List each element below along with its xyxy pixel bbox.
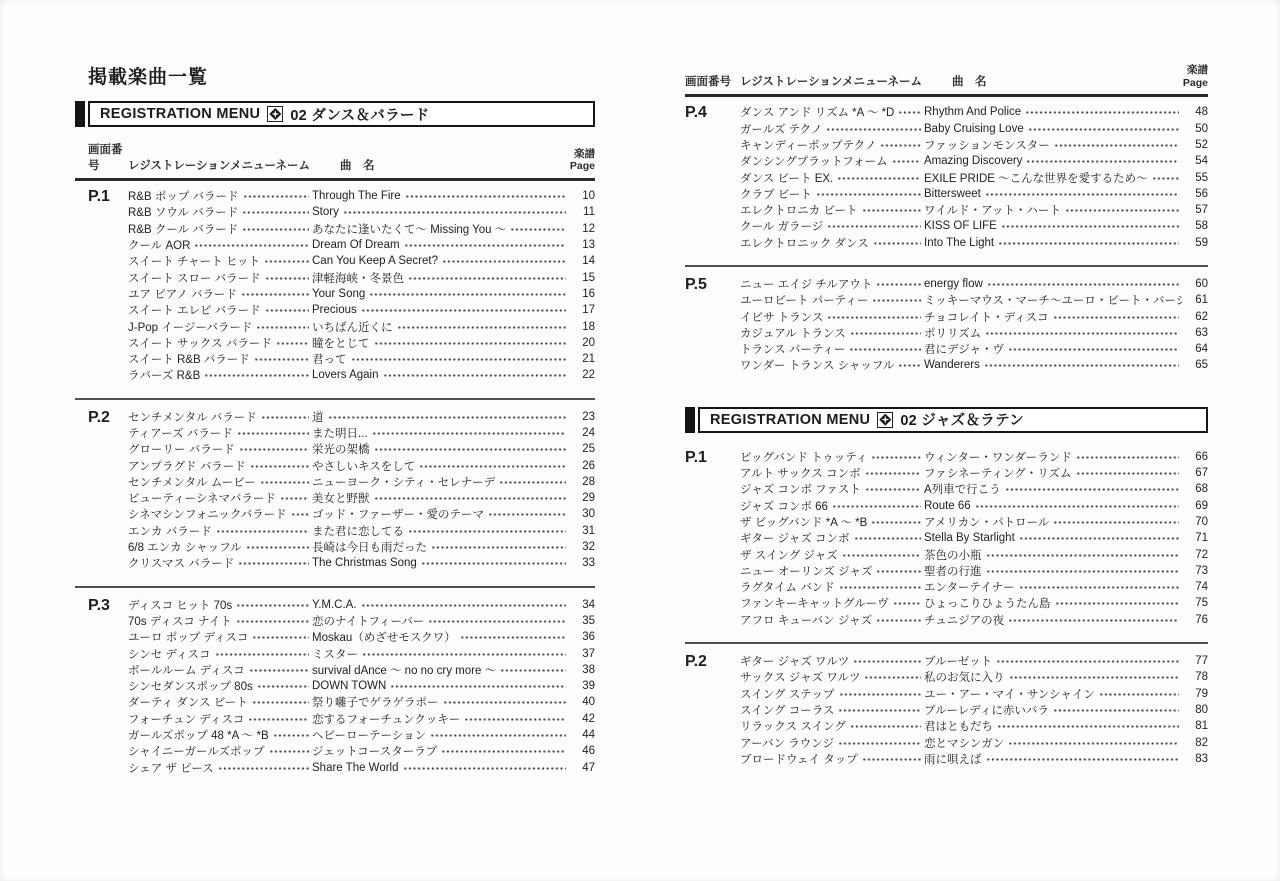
registration-menu-banner-jazz: REGISTRATION MENU 02 ジャズ＆ラテン xyxy=(685,407,1208,433)
song-title: 恋のナイトフィーバー xyxy=(312,613,424,629)
song-title-cell: 君って xyxy=(312,351,569,367)
page-number: 22 xyxy=(569,369,595,381)
registration-name: スイング ステップ xyxy=(740,686,835,702)
dotted-leader xyxy=(839,693,921,696)
song-title: survival dAnce ～ no no cry more ～ xyxy=(312,662,496,678)
song-title: ユー・アー・マイ・サンシャイン xyxy=(924,686,1095,702)
registration-name-cell: ニュー エイジ チルアウト xyxy=(740,276,924,292)
song-row: ブロードウェイ タップ雨に唄えば83 xyxy=(740,751,1208,767)
song-title-cell: ジェットコースターラブ xyxy=(312,743,569,759)
page-number: 38 xyxy=(569,664,595,676)
dotted-leader xyxy=(397,326,567,329)
song-title-cell: Y.M.C.A. xyxy=(312,599,569,611)
registration-name-cell: ビッグバンド トゥッティ xyxy=(740,449,924,465)
song-row: アーバン ラウンジ恋とマシンガン82 xyxy=(740,734,1208,750)
dotted-leader xyxy=(264,260,309,263)
registration-name-cell: ワンダー トランス シャッフル xyxy=(740,357,924,373)
page-number: 70 xyxy=(1182,516,1208,528)
song-rows: センチメンタル バラード道23ティアーズ バラードまた明日...24グローリー … xyxy=(128,409,595,572)
registration-name: J-Pop イージーバラード xyxy=(128,319,252,335)
dotted-leader xyxy=(872,299,921,302)
dotted-leader xyxy=(239,448,309,451)
registration-name: ボールルーム ディスコ xyxy=(128,662,245,678)
dotted-leader xyxy=(374,342,567,345)
dotted-leader xyxy=(242,228,309,231)
song-title: Through The Fire xyxy=(312,190,401,202)
registration-name: スイート サックス バラード xyxy=(128,335,272,351)
screen-number-label: P.1 xyxy=(685,449,740,628)
group-separator xyxy=(685,265,1208,267)
song-title: ミスター xyxy=(312,646,358,662)
song-row: シネマシンフォニックバラードゴッド・ファーザー・愛のテーマ30 xyxy=(128,506,595,522)
header-rule xyxy=(685,94,1208,97)
song-group-area-dance-right: P.4ダンス アンド リズム *A ～ *DRhythm And Police4… xyxy=(685,104,1208,373)
song-row: エンカ バラードまた君に恋してる31 xyxy=(128,523,595,539)
song-title-cell: Your Song xyxy=(312,288,569,300)
dotted-leader xyxy=(390,685,566,688)
dotted-leader xyxy=(252,701,309,704)
song-title: ワイルド・アット・ハート xyxy=(924,202,1061,218)
dotted-leader xyxy=(216,530,309,533)
registration-name-cell: スイング ステップ xyxy=(740,686,924,702)
registration-name: クラブ ビート xyxy=(740,186,812,202)
song-title: ファッションモンスター xyxy=(924,137,1050,153)
song-group-dance-p3: P.3ディスコ ヒット 70sY.M.C.A.3470s ディスコ ナイト恋のナ… xyxy=(75,597,595,776)
registration-name-cell: 6/8 エンカ シャッフル xyxy=(128,539,312,555)
song-title: Share The World xyxy=(312,762,399,774)
song-title-cell: Into The Light xyxy=(924,237,1182,249)
dotted-leader xyxy=(343,211,566,214)
registration-name-cell: ダンス アンド リズム *A ～ *D xyxy=(740,104,924,120)
page-number: 61 xyxy=(1182,294,1208,306)
registration-name-cell: シェア ザ ピース xyxy=(128,760,312,776)
dotted-leader xyxy=(238,562,309,565)
dotted-leader xyxy=(998,242,1179,245)
page-number: 34 xyxy=(569,599,595,611)
registration-name-cell: イビサ トランス xyxy=(740,309,924,325)
registration-name: イビサ トランス xyxy=(740,309,823,325)
song-row: クール ガラージKISS OF LIFE58 xyxy=(740,218,1208,234)
song-row: スイート エレピ バラードPrecious17 xyxy=(128,302,595,318)
song-title: A列車で行こう xyxy=(924,481,1001,497)
song-title-cell: Wanderers xyxy=(924,359,1182,371)
song-title-cell: ワイルド・アット・ハート xyxy=(924,202,1182,218)
registration-name-cell: センチメンタル バラード xyxy=(128,409,312,425)
dotted-leader xyxy=(237,432,309,435)
registration-name-cell: ニュー オーリンズ ジャズ xyxy=(740,563,924,579)
page-number: 35 xyxy=(569,615,595,627)
group-separator xyxy=(685,642,1208,644)
song-group-dance-p4: P.4ダンス アンド リズム *A ～ *DRhythm And Police4… xyxy=(685,104,1208,251)
registration-name-cell: スイート サックス バラード xyxy=(128,335,312,351)
screen-number-label: P.4 xyxy=(685,104,740,251)
song-title: 祭り囃子でゲラゲラポー xyxy=(312,694,439,710)
song-rows: ダンス アンド リズム *A ～ *DRhythm And Police48ガー… xyxy=(740,104,1208,251)
song-rows: ニュー エイジ チルアウトenergy flow60ユーロビート パーティーミッ… xyxy=(740,276,1208,374)
song-row: クリスマス バラードThe Christmas Song33 xyxy=(128,555,595,571)
registration-name: ニュー エイジ チルアウト xyxy=(740,276,872,292)
song-title: いちばん近くに xyxy=(312,319,393,335)
dotted-leader xyxy=(419,465,566,468)
dotted-leader xyxy=(269,750,309,753)
song-title-cell: Dream Of Dream xyxy=(312,239,569,251)
song-title: Amazing Discovery xyxy=(924,155,1022,167)
dotted-leader xyxy=(1065,209,1179,212)
song-title-cell: Moskau（めざせモスクワ） xyxy=(312,629,569,645)
dotted-leader xyxy=(428,620,566,623)
dotted-leader xyxy=(351,358,567,361)
registration-name: ラグタイム バンド xyxy=(740,579,835,595)
registration-name-cell: スイング コーラス xyxy=(740,702,924,718)
page-number: 25 xyxy=(569,443,595,455)
registration-name: エレクトロニカ ビート xyxy=(740,202,858,218)
page-number: 72 xyxy=(1182,549,1208,561)
registration-name: スイング コーラス xyxy=(740,702,834,718)
registration-name-cell: エレクトロニカ ビート xyxy=(740,202,924,218)
registration-name: ワンダー トランス シャッフル xyxy=(740,357,894,373)
registration-name-cell: スイート R&B バラード xyxy=(128,351,312,367)
page-number: 57 xyxy=(1182,204,1208,216)
song-title-cell: ファッションモンスター xyxy=(924,137,1182,153)
page-number: 26 xyxy=(569,460,595,472)
page-number: 67 xyxy=(1182,467,1208,479)
song-row: ギター ジャズ ワルツブルーゼット77 xyxy=(740,653,1208,669)
dotted-leader xyxy=(832,505,921,508)
banner-box: REGISTRATION MENU 02 ダンス＆バラード xyxy=(88,101,595,127)
page-number: 29 xyxy=(569,492,595,504)
registration-name-cell: ガールズポップ 48 *A ～ *B xyxy=(128,727,312,743)
dotted-leader xyxy=(892,160,921,163)
song-row: エレクトロニック ダンスInto The Light59 xyxy=(740,235,1208,251)
registration-name-cell: シンセ ディスコ xyxy=(128,646,312,662)
banner-label: REGISTRATION MENU xyxy=(710,412,870,428)
registration-name: リラックス スイング xyxy=(740,718,846,734)
song-row: ダンス アンド リズム *A ～ *DRhythm And Police48 xyxy=(740,104,1208,120)
registration-name-cell: ビューティーシネマバラード xyxy=(128,490,312,506)
song-title-cell: ブルーゼット xyxy=(924,653,1182,669)
registration-name: センチメンタル バラード xyxy=(128,409,257,425)
song-title: ブルーレディに赤いバラ xyxy=(924,702,1049,718)
song-row: エレクトロニカ ビートワイルド・アット・ハート57 xyxy=(740,202,1208,218)
song-title: Dream Of Dream xyxy=(312,239,400,251)
song-title: EXILE PRIDE ～こんな世界を愛するため～ xyxy=(924,170,1148,186)
registration-name: スイート スロー バラード xyxy=(128,270,261,286)
song-row: クラブ ビートBittersweet56 xyxy=(740,186,1208,202)
song-title-cell: いちばん近くに xyxy=(312,319,569,335)
registration-name: ダーティ ダンス ビート xyxy=(128,694,248,710)
song-title: 長崎は今日も雨だった xyxy=(312,539,427,555)
song-row: スイング コーラスブルーレディに赤いバラ80 xyxy=(740,702,1208,718)
song-title: Story xyxy=(312,206,339,218)
registration-name-cell: R&B ポップ バラード xyxy=(128,188,312,204)
dotted-leader xyxy=(876,283,921,286)
song-title: また明日... xyxy=(312,425,368,441)
page-number: 65 xyxy=(1182,359,1208,371)
dotted-leader xyxy=(441,750,566,753)
dotted-leader xyxy=(1076,472,1179,475)
song-title-cell: Lovers Again xyxy=(312,369,569,381)
page-number: 52 xyxy=(1182,139,1208,151)
registration-name-cell: ダンシングプラットフォーム xyxy=(740,153,924,169)
dotted-leader xyxy=(865,472,921,475)
dotted-leader xyxy=(1025,111,1179,114)
song-title-cell: Amazing Discovery xyxy=(924,155,1182,167)
song-title: エンターテイナー xyxy=(924,579,1015,595)
song-title-cell: ヘビーローテーション xyxy=(312,727,569,743)
dotted-leader xyxy=(464,718,566,721)
dotted-leader xyxy=(218,767,309,770)
registration-name: ユア ピアノ バラード xyxy=(128,286,237,302)
song-title-cell: エンターテイナー xyxy=(924,579,1182,595)
page-number: 64 xyxy=(1182,343,1208,355)
song-title: ポリリズム xyxy=(924,325,981,341)
dotted-leader xyxy=(241,293,309,296)
song-title-cell: チュニジアの夜 xyxy=(924,612,1182,628)
registration-name: ビューティーシネマバラード xyxy=(128,490,276,506)
dotted-leader xyxy=(871,456,921,459)
song-title-cell: 恋するフォーチュンクッキー xyxy=(312,711,569,727)
song-title-cell: Stella By Starlight xyxy=(924,532,1182,544)
song-title-cell: Rhythm And Police xyxy=(924,106,1182,118)
registration-name: ビッグバンド トゥッティ xyxy=(740,449,867,465)
song-title-cell: KISS OF LIFE xyxy=(924,220,1182,232)
song-title-cell: DOWN TOWN xyxy=(312,680,569,692)
song-row: ユーロビート パーティーミッキーマウス・マーチ～ユーロ・ビート・バージョン～61 xyxy=(740,292,1208,308)
song-row: キャンディーポップテクノファッションモンスター52 xyxy=(740,137,1208,153)
song-row: クール AORDream Of Dream13 xyxy=(128,237,595,253)
song-row: アンプラグド バラードやさしいキスをして26 xyxy=(128,457,595,473)
registration-name: エンカ バラード xyxy=(128,523,212,539)
dotted-leader xyxy=(898,111,921,114)
song-title-cell: survival dAnce ～ no no cry more ～ xyxy=(312,662,569,678)
song-row: ガールズポップ 48 *A ～ *Bヘビーローテーション44 xyxy=(128,727,595,743)
song-title: また君に恋してる xyxy=(312,523,404,539)
song-row: スイート サックス バラード瞳をとじて20 xyxy=(128,335,595,351)
registration-name: アルト サックス コンボ xyxy=(740,465,861,481)
registration-name: ティアーズ バラード xyxy=(128,425,233,441)
song-row: ユア ピアノ バラードYour Song16 xyxy=(128,286,595,302)
dotted-leader xyxy=(431,546,566,549)
song-title-cell: ポリリズム xyxy=(924,325,1182,341)
song-title: ファシネーティング・リズム xyxy=(924,465,1072,481)
page-number: 82 xyxy=(1182,737,1208,749)
dotted-leader xyxy=(252,636,309,639)
song-title-cell: 津軽海峡・冬景色 xyxy=(312,270,569,286)
registration-name: スイート エレピ バラード xyxy=(128,302,261,318)
page-number: 40 xyxy=(569,696,595,708)
song-title: Into The Light xyxy=(924,237,994,249)
page-number: 77 xyxy=(1182,655,1208,667)
registration-name: R&B ソウル バラード xyxy=(128,204,238,220)
dotted-leader xyxy=(849,348,921,351)
song-title-cell: あなたに逢いたくて～ Missing You ～ xyxy=(312,221,569,237)
left-column: 掲載楽曲一覧 REGISTRATION MENU 02 ダンス＆バラード 画面番… xyxy=(75,0,595,776)
registration-name-cell: シンセダンスポップ 80s xyxy=(128,678,312,694)
song-title-cell: Bittersweet xyxy=(924,188,1182,200)
song-title: energy flow xyxy=(924,278,983,290)
dotted-leader xyxy=(1053,709,1179,712)
registration-name-cell: センチメンタル ムービー xyxy=(128,474,312,490)
registration-name: ジャズ コンボ 66 xyxy=(740,498,828,514)
dotted-leader xyxy=(839,586,921,589)
dotted-leader xyxy=(1008,742,1179,745)
song-title-cell: ミッキーマウス・マーチ～ユーロ・ビート・バージョン～ xyxy=(924,292,1182,308)
header-score-page: 楽譜 Page xyxy=(1183,64,1208,89)
dotted-leader xyxy=(1009,676,1180,679)
page-number: 14 xyxy=(569,255,595,267)
song-title: Route 66 xyxy=(924,500,971,512)
dotted-leader xyxy=(1054,144,1179,147)
page-number: 47 xyxy=(569,762,595,774)
page-number: 73 xyxy=(1182,565,1208,577)
song-title-cell: Route 66 xyxy=(924,500,1182,512)
page-number: 33 xyxy=(569,557,595,569)
song-row: イビサ トランスチョコレイト・ディスコ62 xyxy=(740,308,1208,324)
registration-name: シンセダンスポップ 80s xyxy=(128,678,253,694)
page-number: 56 xyxy=(1182,188,1208,200)
registration-name-cell: スイート エレピ バラード xyxy=(128,302,312,318)
song-row: センチメンタル ムービーニューヨーク・シティ・セレナーデ28 xyxy=(128,474,595,490)
dotted-leader xyxy=(1008,348,1179,351)
page-number: 24 xyxy=(569,427,595,439)
song-group-dance-p2: P.2センチメンタル バラード道23ティアーズ バラードまた明日...24グロー… xyxy=(75,409,595,572)
registration-name: 6/8 エンカ シャッフル xyxy=(128,539,242,555)
dotted-leader xyxy=(403,767,566,770)
song-title-cell: ゴッド・ファーザー・愛のテーマ xyxy=(312,506,569,522)
song-row: ディスコ ヒット 70sY.M.C.A.34 xyxy=(128,597,595,613)
registration-name: ユーロビート パーティー xyxy=(740,292,868,308)
song-row: ファンキーキャットグルーヴひょっこりひょうたん島75 xyxy=(740,595,1208,611)
page-title: 掲載楽曲一覧 xyxy=(88,62,595,89)
header-score-page: 楽譜 Page xyxy=(570,148,595,173)
registration-name: エレクトロニック ダンス xyxy=(740,235,869,251)
registration-name: ディスコ ヒット 70s xyxy=(128,597,232,613)
registration-name: シネマシンフォニックバラード xyxy=(128,506,287,522)
dotted-leader xyxy=(1152,177,1179,180)
song-title-cell: Through The Fire xyxy=(312,190,569,202)
registration-name-cell: リラックス スイング xyxy=(740,718,924,734)
dotted-leader xyxy=(488,513,566,516)
registration-4way-diamond-icon xyxy=(267,106,283,122)
song-title-cell: 瞳をとじて xyxy=(312,335,569,351)
song-title-cell: また君に恋してる xyxy=(312,523,569,539)
page-number: 18 xyxy=(569,321,595,333)
dotted-leader xyxy=(243,195,309,198)
dotted-leader xyxy=(986,570,1180,573)
song-row: ダンス ビート EX.EXILE PRIDE ～こんな世界を愛するため～55 xyxy=(740,169,1208,185)
registration-name-cell: ギター ジャズ コンボ xyxy=(740,530,924,546)
registration-name-cell: アーバン ラウンジ xyxy=(740,735,924,751)
dotted-leader xyxy=(871,521,921,524)
dotted-leader xyxy=(430,734,566,737)
song-title-cell: 聖者の行進 xyxy=(924,563,1182,579)
page-number: 60 xyxy=(1182,278,1208,290)
page-number: 21 xyxy=(569,353,595,365)
registration-name: スイート チャート ヒット xyxy=(128,253,260,269)
song-title: 君にデジャ・ヴ xyxy=(924,341,1004,357)
dotted-leader xyxy=(256,326,309,329)
dotted-leader xyxy=(826,128,921,131)
registration-name-cell: ザ ビッグバンド *A ～ *B xyxy=(740,514,924,530)
song-title-cell: ユー・アー・マイ・サンシャイン xyxy=(924,686,1182,702)
song-title: Precious xyxy=(312,304,357,316)
dotted-leader xyxy=(1026,160,1179,163)
song-row: R&B ポップ バラードThrough The Fire10 xyxy=(128,188,595,204)
page-number: 55 xyxy=(1182,172,1208,184)
registration-name-cell: シネマシンフォニックバラード xyxy=(128,506,312,522)
song-row: ダンシングプラットフォームAmazing Discovery54 xyxy=(740,153,1208,169)
registration-name-cell: ガールズ テクノ xyxy=(740,121,924,137)
registration-name-cell: ラグタイム バンド xyxy=(740,579,924,595)
dotted-leader xyxy=(862,209,921,212)
song-title-cell: The Christmas Song xyxy=(312,557,569,569)
dotted-leader xyxy=(893,602,921,605)
registration-name-cell: アフロ キューバン ジャズ xyxy=(740,612,924,628)
song-row: ニュー オーリンズ ジャズ聖者の行進73 xyxy=(740,563,1208,579)
registration-name: アンプラグド バラード xyxy=(128,458,246,474)
page-number: 36 xyxy=(569,631,595,643)
page-number: 20 xyxy=(569,337,595,349)
song-row: J-Pop イージーバラードいちばん近くに18 xyxy=(128,318,595,334)
song-row: シンセダンスポップ 80sDOWN TOWN39 xyxy=(128,678,595,694)
banner-box: REGISTRATION MENU 02 ジャズ＆ラテン xyxy=(698,407,1208,433)
registration-name-cell: アルト サックス コンボ xyxy=(740,465,924,481)
registration-name-cell: ダンス ビート EX. xyxy=(740,170,924,186)
song-title: ブルーゼット xyxy=(924,653,992,669)
song-title-cell: 祭り囃子でゲラゲラポー xyxy=(312,694,569,710)
song-title-cell: energy flow xyxy=(924,278,1182,290)
header-registration-name: レジストレーションメニューネーム xyxy=(128,157,312,173)
dotted-leader xyxy=(276,342,309,345)
dotted-leader xyxy=(215,653,310,656)
song-group-area-jazz: P.1ビッグバンド トゥッティウィンター・ワンダーランド66アルト サックス コ… xyxy=(685,449,1208,767)
registration-name-cell: スイート スロー バラード xyxy=(128,270,312,286)
registration-name: 70s ディスコ ナイト xyxy=(128,613,232,629)
header-rule xyxy=(75,178,595,181)
registration-name-cell: クール AOR xyxy=(128,237,312,253)
song-row: ティアーズ バラードまた明日...24 xyxy=(128,425,595,441)
song-row: スイング ステップユー・アー・マイ・サンシャイン79 xyxy=(740,686,1208,702)
dotted-leader xyxy=(328,416,567,419)
song-group-dance-p5: P.5ニュー エイジ チルアウトenergy flow60ユーロビート パーティ… xyxy=(685,276,1208,374)
registration-name: ダンス アンド リズム *A ～ *D xyxy=(740,104,894,120)
header-registration-name: レジストレーションメニューネーム xyxy=(740,73,924,89)
registration-name-cell: キャンディーポップテクノ xyxy=(740,137,924,153)
song-title-cell: Baby Cruising Love xyxy=(924,123,1182,135)
page-number: 37 xyxy=(569,648,595,660)
page-number: 78 xyxy=(1182,671,1208,683)
registration-name: クール AOR xyxy=(128,237,190,253)
song-title: ニューヨーク・シティ・セレナーデ xyxy=(312,474,495,490)
song-title-cell: ブルーレディに赤いバラ xyxy=(924,702,1182,718)
song-title: チョコレイト・ディスコ xyxy=(924,309,1049,325)
song-row: センチメンタル バラード道23 xyxy=(128,409,595,425)
page-number: 48 xyxy=(1182,106,1208,118)
song-row: 70s ディスコ ナイト恋のナイトフィーバー35 xyxy=(128,613,595,629)
song-title-cell: 雨に唄えば xyxy=(924,751,1182,767)
registration-name: カジュアル トランス xyxy=(740,325,846,341)
song-title: The Christmas Song xyxy=(312,557,417,569)
dotted-leader xyxy=(975,505,1179,508)
song-title: Stella By Starlight xyxy=(924,532,1015,544)
song-rows: R&B ポップ バラードThrough The Fire10R&B ソウル バラ… xyxy=(128,188,595,384)
song-title-cell: 栄光の架橋 xyxy=(312,441,569,457)
page-number: 68 xyxy=(1182,483,1208,495)
group-separator xyxy=(75,398,595,400)
page-number: 50 xyxy=(1182,123,1208,135)
registration-menu-banner-dance: REGISTRATION MENU 02 ダンス＆バラード xyxy=(75,101,595,127)
dotted-leader xyxy=(248,718,309,721)
